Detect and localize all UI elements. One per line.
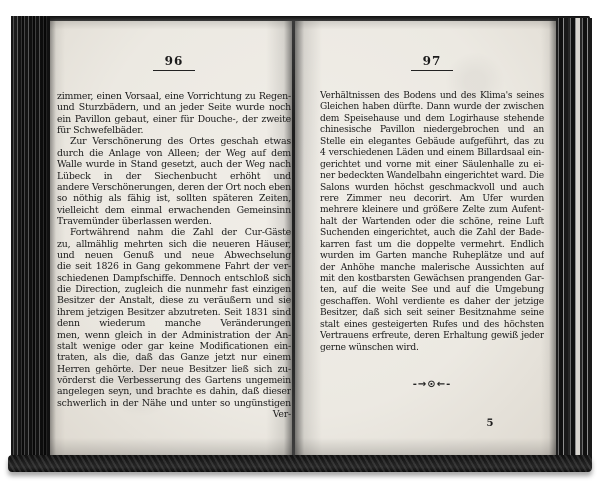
text-line: mit den kostbarsten Gewächsen prangenden… xyxy=(320,274,544,285)
left-page-number: 96 xyxy=(153,54,196,71)
text-line: Zur Verschönerung des Ortes geschah etwa… xyxy=(57,136,291,147)
text-line: Gleichen haben dürfte. Dann wurde der zw… xyxy=(320,102,544,113)
text-line: und Sturzbädern, und an jeder Seite wurd… xyxy=(57,102,291,113)
text-line: gerichtet und vorne mit einer Säulenhall… xyxy=(320,160,544,171)
text-line: karren fast um die doppelte vermehrt. En… xyxy=(320,240,544,251)
text-line: die Direction, zugleich die nunmehr fast… xyxy=(57,284,291,295)
book-edge-left xyxy=(11,16,50,470)
book-edge-bottom xyxy=(8,455,592,472)
text-line: für Schwefelbäder. xyxy=(57,125,291,136)
text-line: ner bedeckten Wandelbahn eingerichtet wa… xyxy=(320,171,544,182)
left-page-header: 96 xyxy=(57,50,291,71)
book-scan: 96 zimmer, einen Vorsaal, eine Vorrichtu… xyxy=(0,0,600,482)
text-line: vörderst die Verbesserung des Gartens un… xyxy=(57,375,291,386)
text-line: angelegen seyn, und brachte es dahin, da… xyxy=(57,386,291,397)
text-line: gerne wünschen wird. xyxy=(320,343,544,354)
text-line: der Anhöhe manche malerische Aussichten … xyxy=(320,263,544,274)
text-line: Lübeck in der Siechenbucht erhöht und ve… xyxy=(57,171,291,182)
text-line: mehrere kleinere und größere Zelte zum A… xyxy=(320,205,544,216)
text-line: 4 verschiedenen Läden und einem Billards… xyxy=(320,148,544,159)
section-end-ornament: -→⊙←- xyxy=(320,379,544,390)
text-line: denn wiederum manche Veränderungen vorge… xyxy=(57,318,291,329)
text-line: so nöthig als fähig ist, sollten spätere… xyxy=(57,193,291,204)
text-line: zimmer, einen Vorsaal, eine Vorrichtung … xyxy=(57,91,291,102)
text-line: geschaffen. Wohl verdiente es daher der … xyxy=(320,297,544,308)
text-line: chinesische Pavillon niedergebrochen und… xyxy=(320,125,544,136)
text-line: Suchenden eingerichtet, auch die Zahl de… xyxy=(320,228,544,239)
text-line: Salons wurden höchst geschmackvoll und a… xyxy=(320,183,544,194)
left-page-body-text: zimmer, einen Vorsaal, eine Vorrichtung … xyxy=(57,91,291,409)
text-line: Vertrauens erfreute, deren Erhaltung gew… xyxy=(320,331,544,342)
text-line: ihrem jetzigen Besitzer abzutreten. Seit… xyxy=(57,307,291,318)
text-line: Travemünder überlassen werden. xyxy=(57,216,291,227)
text-line: zu, allmählig mehrten sich die neueren H… xyxy=(57,239,291,250)
text-line: dem Speisehause und dem Logirhause stehe… xyxy=(320,114,544,125)
text-line: Besitzer, daß sich seit seiner Besitznah… xyxy=(320,308,544,319)
text-line: vielleicht dem einmal erwachenden Gemein… xyxy=(57,205,291,216)
left-page-catchword: Ver- xyxy=(57,409,291,420)
right-page-body-text: Verhältnissen des Bodens und des Klima's… xyxy=(320,91,544,354)
right-page-header: 97 xyxy=(320,50,544,71)
gutter-line xyxy=(292,21,295,455)
text-line: Besitzer der Anstalt, diese zu veräußern… xyxy=(57,295,291,306)
text-line: durch die Anlage von Alleen; der Weg auf… xyxy=(57,148,291,159)
right-page-number: 97 xyxy=(411,54,454,71)
text-line: halt der Wartenden oder die schöne, rein… xyxy=(320,217,544,228)
text-line: Fortwährend nahm die Zahl der Cur-Gäste xyxy=(57,227,291,238)
text-line: wurden im Garten manche Ruheplätze und a… xyxy=(320,251,544,262)
signature-mark: 5 xyxy=(480,418,500,429)
text-line: die seit 1826 in Gang gekommene Fahrt de… xyxy=(57,261,291,272)
text-line: und neuen Genuß und neue Abwechselung br… xyxy=(57,250,291,261)
text-line: andere Verschönerungen, deren der Ort no… xyxy=(57,182,291,193)
book-edge-right xyxy=(556,18,592,468)
text-line: stalt wenige oder gar keine Modification… xyxy=(57,341,291,352)
text-line: Walle wurde in Stand gesetzt, auch der W… xyxy=(57,159,291,170)
text-line: men, wenn gleich in der Administration d… xyxy=(57,330,291,341)
text-line: Verhältnissen des Bodens und des Klima's… xyxy=(320,91,544,102)
text-line: stalt eines gesteigerten Rufes und des h… xyxy=(320,320,544,331)
text-line: schwerlich in der Nähe und unter so ungü… xyxy=(57,398,291,409)
text-line: Stelle ein elegantes Gebäude aufgeführt,… xyxy=(320,137,544,148)
text-line: Herren gehörte. Der neue Besitzer ließ s… xyxy=(57,364,291,375)
text-line: rere Zimmer neu decorirt. Am Ufer wurden xyxy=(320,194,544,205)
text-line: schiedenen Dampfschiffe. Dennoch entschl… xyxy=(57,273,291,284)
text-line: traten, als die, daß das Ganze jetzt nur… xyxy=(57,352,291,363)
text-line: ten, auf die weite See und auf die Umgeb… xyxy=(320,285,544,296)
text-line: ein Pavillon gebaut, einer für Douche-, … xyxy=(57,114,291,125)
